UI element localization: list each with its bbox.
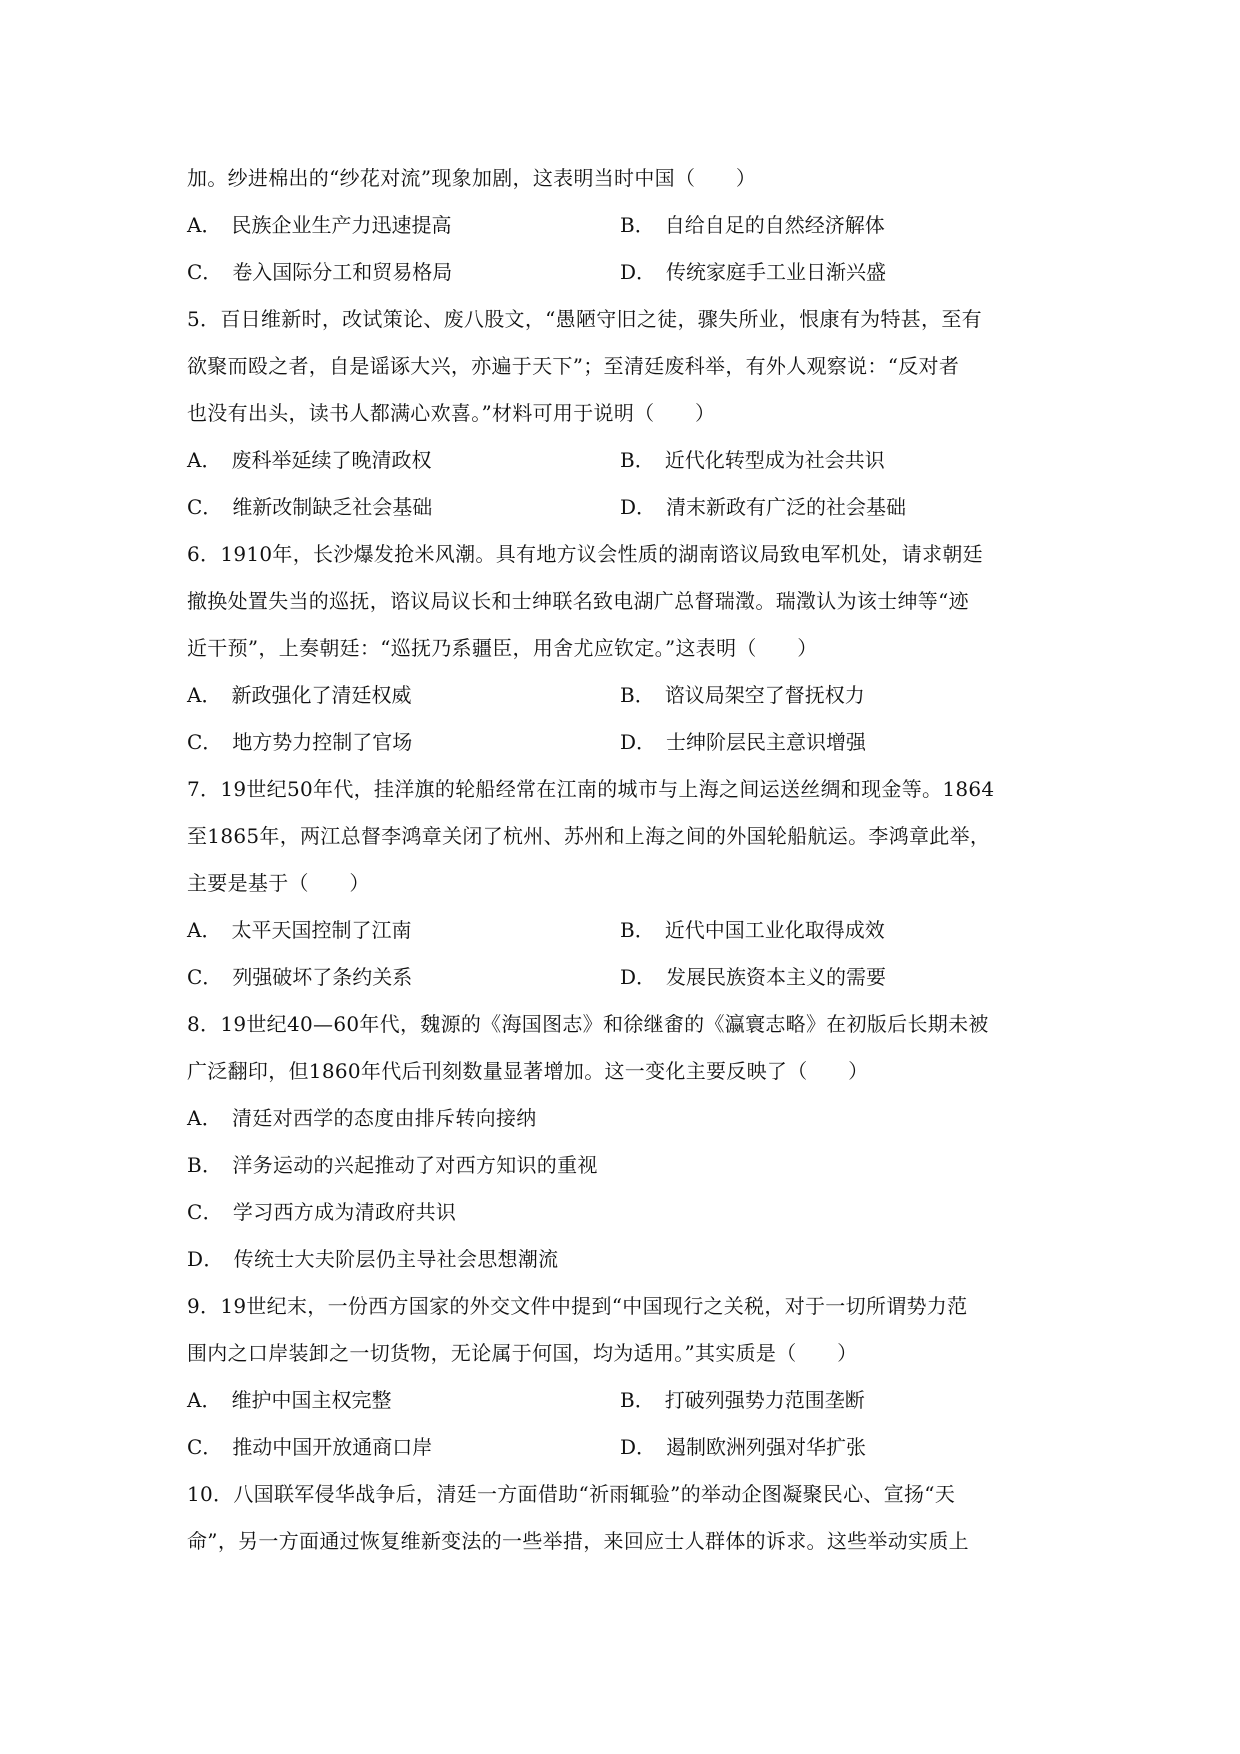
option-text: 近代中国工业化取得成效 [665, 918, 885, 942]
option-label: A． [187, 213, 221, 237]
option-label: B． [187, 1153, 222, 1177]
question-stem-line: 命”，另一方面通过恢复维新变法的一些举措，来回应士人群体的诉求。这些举动实质上 [187, 1518, 1057, 1565]
question-stem-line: 欲聚而殴之者，自是谣诼大兴，亦遍于天下”；至清廷废科举，有外人观察说：“反对者 [187, 343, 1057, 390]
question-stem-line: 围内之口岸装卸之一切货物，无论属于何国，均为适用。”其实质是（ ） [187, 1330, 1057, 1377]
option-d: D．发展民族资本主义的需要 [620, 954, 1053, 1001]
option-text: 列强破坏了条约关系 [232, 965, 412, 989]
option-b: B．谘议局架空了督抚权力 [620, 672, 1053, 719]
question-7: 7．19世纪50年代，挂洋旗的轮船经常在江南的城市与上海之间运送丝绸和现金等。1… [187, 766, 1057, 1001]
option-b: B．近代中国工业化取得成效 [620, 907, 1053, 954]
question-stem-line: 6．1910年，长沙爆发抢米风潮。具有地方议会性质的湖南谘议局致电军机处，请求朝… [187, 531, 1057, 578]
option-text: 传统家庭手工业日渐兴盛 [666, 260, 886, 284]
option-text: 传统士大夫阶层仍主导社会思想潮流 [234, 1247, 559, 1271]
option-a: A．废科举延续了晚清政权 [187, 437, 620, 484]
option-text: 洋务运动的兴起推动了对西方知识的重视 [232, 1153, 597, 1177]
option-text: 近代化转型成为社会共识 [665, 448, 885, 472]
option-label: C． [187, 1435, 222, 1459]
option-d: D．士绅阶层民主意识增强 [620, 719, 1053, 766]
question-stem-line: 7．19世纪50年代，挂洋旗的轮船经常在江南的城市与上海之间运送丝绸和现金等。1… [187, 766, 1057, 813]
option-text: 学习西方成为清政府共识 [233, 1200, 456, 1224]
options-row: A．新政强化了清廷权威 B．谘议局架空了督抚权力 [187, 672, 1057, 719]
option-label: B． [620, 448, 655, 472]
option-label: D． [187, 1247, 224, 1271]
option-label: B． [620, 1388, 655, 1412]
exam-page: 加。纱进棉出的“纱花对流”现象加剧，这表明当时中国（ ） A．民族企业生产力迅速… [187, 155, 1057, 1565]
option-d: D．遏制欧洲列强对华扩张 [620, 1424, 1053, 1471]
option-text: 废科举延续了晚清政权 [231, 448, 431, 472]
option-a: A．太平天国控制了江南 [187, 907, 620, 954]
option-text: 新政强化了清廷权威 [231, 683, 411, 707]
question-stem-line: 近干预”，上奏朝廷：“巡抚乃系疆臣，用舍尤应钦定。”这表明（ ） [187, 625, 1057, 672]
option-a: A．新政强化了清廷权威 [187, 672, 620, 719]
option-text: 维护中国主权完整 [231, 1388, 391, 1412]
options-row: A．维护中国主权完整 B．打破列强势力范围垄断 [187, 1377, 1057, 1424]
question-stem-line: 也没有出头，读书人都满心欢喜。”材料可用于说明（ ） [187, 390, 1057, 437]
option-label: D． [620, 730, 656, 754]
option-label: D． [620, 1435, 656, 1459]
option-c: C．学习西方成为清政府共识 [187, 1189, 1057, 1236]
question-stem-line: 5．百日维新时，改试策论、废八股文，“愚陋守旧之徒，骤失所业，恨康有为特甚，至有 [187, 296, 1057, 343]
option-label: D． [620, 495, 656, 519]
question-stem-line: 广泛翻印，但1860年代后刊刻数量显著增加。这一变化主要反映了（ ） [187, 1048, 1057, 1095]
option-label: A． [187, 1388, 221, 1412]
option-b: B．近代化转型成为社会共识 [620, 437, 1053, 484]
option-d: D．传统士大夫阶层仍主导社会思想潮流 [187, 1236, 1057, 1283]
option-label: A． [187, 1106, 222, 1130]
options-row: A．民族企业生产力迅速提高 B．自给自足的自然经济解体 [187, 202, 1057, 249]
question-stem-line: 9．19世纪末，一份西方国家的外交文件中提到“中国现行之关税，对于一切所谓势力范 [187, 1283, 1057, 1330]
option-text: 士绅阶层民主意识增强 [666, 730, 866, 754]
option-c: C．卷入国际分工和贸易格局 [187, 249, 620, 296]
question-stem-line: 8．19世纪40—60年代，魏源的《海国图志》和徐继畬的《瀛寰志略》在初版后长期… [187, 1001, 1057, 1048]
option-c: C．列强破坏了条约关系 [187, 954, 620, 1001]
question-stem-line: 撤换处置失当的巡抚，谘议局议长和士绅联名致电湖广总督瑞澂。瑞澂认为该士绅等“迹 [187, 578, 1057, 625]
option-label: B． [620, 683, 655, 707]
option-label: B． [620, 918, 655, 942]
question-6: 6．1910年，长沙爆发抢米风潮。具有地方议会性质的湖南谘议局致电军机处，请求朝… [187, 531, 1057, 766]
option-text: 遏制欧洲列强对华扩张 [666, 1435, 866, 1459]
option-label: C． [187, 730, 222, 754]
option-text: 谘议局架空了督抚权力 [665, 683, 865, 707]
option-label: C． [187, 965, 222, 989]
option-b: B．自给自足的自然经济解体 [620, 202, 1053, 249]
option-label: A． [187, 448, 221, 472]
option-a: A．民族企业生产力迅速提高 [187, 202, 620, 249]
option-label: C． [187, 1200, 223, 1224]
option-text: 清廷对西学的态度由排斥转向接纳 [232, 1106, 537, 1130]
option-label: C． [187, 495, 222, 519]
option-label: A． [187, 918, 221, 942]
option-a: A．清廷对西学的态度由排斥转向接纳 [187, 1095, 1057, 1142]
question-5: 5．百日维新时，改试策论、废八股文，“愚陋守旧之徒，骤失所业，恨康有为特甚，至有… [187, 296, 1057, 531]
option-d: D．传统家庭手工业日渐兴盛 [620, 249, 1053, 296]
question-10: 10．八国联军侵华战争后，清廷一方面借助“祈雨辄验”的举动企图凝聚民心、宣扬“天… [187, 1471, 1057, 1565]
question-stem-line: 至1865年，两江总督李鸿章关闭了杭州、苏州和上海之间的外国轮船航运。李鸿章此举… [187, 813, 1057, 860]
option-c: C．推动中国开放通商口岸 [187, 1424, 620, 1471]
option-text: 太平天国控制了江南 [231, 918, 411, 942]
option-c: C．地方势力控制了官场 [187, 719, 620, 766]
options-row: A．废科举延续了晚清政权 B．近代化转型成为社会共识 [187, 437, 1057, 484]
option-label: A． [187, 683, 221, 707]
options-row: C．卷入国际分工和贸易格局 D．传统家庭手工业日渐兴盛 [187, 249, 1057, 296]
option-text: 民族企业生产力迅速提高 [231, 213, 451, 237]
option-text: 自给自足的自然经济解体 [665, 213, 885, 237]
question-4-tail: 加。纱进棉出的“纱花对流”现象加剧，这表明当时中国（ ） A．民族企业生产力迅速… [187, 155, 1057, 296]
option-text: 维新改制缺乏社会基础 [232, 495, 432, 519]
question-stem-line: 10．八国联军侵华战争后，清廷一方面借助“祈雨辄验”的举动企图凝聚民心、宣扬“天 [187, 1471, 1057, 1518]
options-row: C．推动中国开放通商口岸 D．遏制欧洲列强对华扩张 [187, 1424, 1057, 1471]
option-text: 清末新政有广泛的社会基础 [666, 495, 906, 519]
option-b: B．洋务运动的兴起推动了对西方知识的重视 [187, 1142, 1057, 1189]
options-row: C．维新改制缺乏社会基础 D．清末新政有广泛的社会基础 [187, 484, 1057, 531]
question-stem-line: 加。纱进棉出的“纱花对流”现象加剧，这表明当时中国（ ） [187, 155, 1057, 202]
option-b: B．打破列强势力范围垄断 [620, 1377, 1053, 1424]
option-text: 地方势力控制了官场 [232, 730, 412, 754]
option-text: 推动中国开放通商口岸 [232, 1435, 432, 1459]
option-text: 卷入国际分工和贸易格局 [232, 260, 452, 284]
option-label: C． [187, 260, 222, 284]
question-9: 9．19世纪末，一份西方国家的外交文件中提到“中国现行之关税，对于一切所谓势力范… [187, 1283, 1057, 1471]
option-c: C．维新改制缺乏社会基础 [187, 484, 620, 531]
option-text: 发展民族资本主义的需要 [666, 965, 886, 989]
options-row: C．列强破坏了条约关系 D．发展民族资本主义的需要 [187, 954, 1057, 1001]
option-label: D． [620, 965, 656, 989]
question-8: 8．19世纪40—60年代，魏源的《海国图志》和徐继畬的《瀛寰志略》在初版后长期… [187, 1001, 1057, 1283]
question-stem-line: 主要是基于（ ） [187, 860, 1057, 907]
option-text: 打破列强势力范围垄断 [665, 1388, 865, 1412]
option-a: A．维护中国主权完整 [187, 1377, 620, 1424]
options-row: A．太平天国控制了江南 B．近代中国工业化取得成效 [187, 907, 1057, 954]
option-label: D． [620, 260, 656, 284]
options-row: C．地方势力控制了官场 D．士绅阶层民主意识增强 [187, 719, 1057, 766]
option-label: B． [620, 213, 655, 237]
option-d: D．清末新政有广泛的社会基础 [620, 484, 1053, 531]
